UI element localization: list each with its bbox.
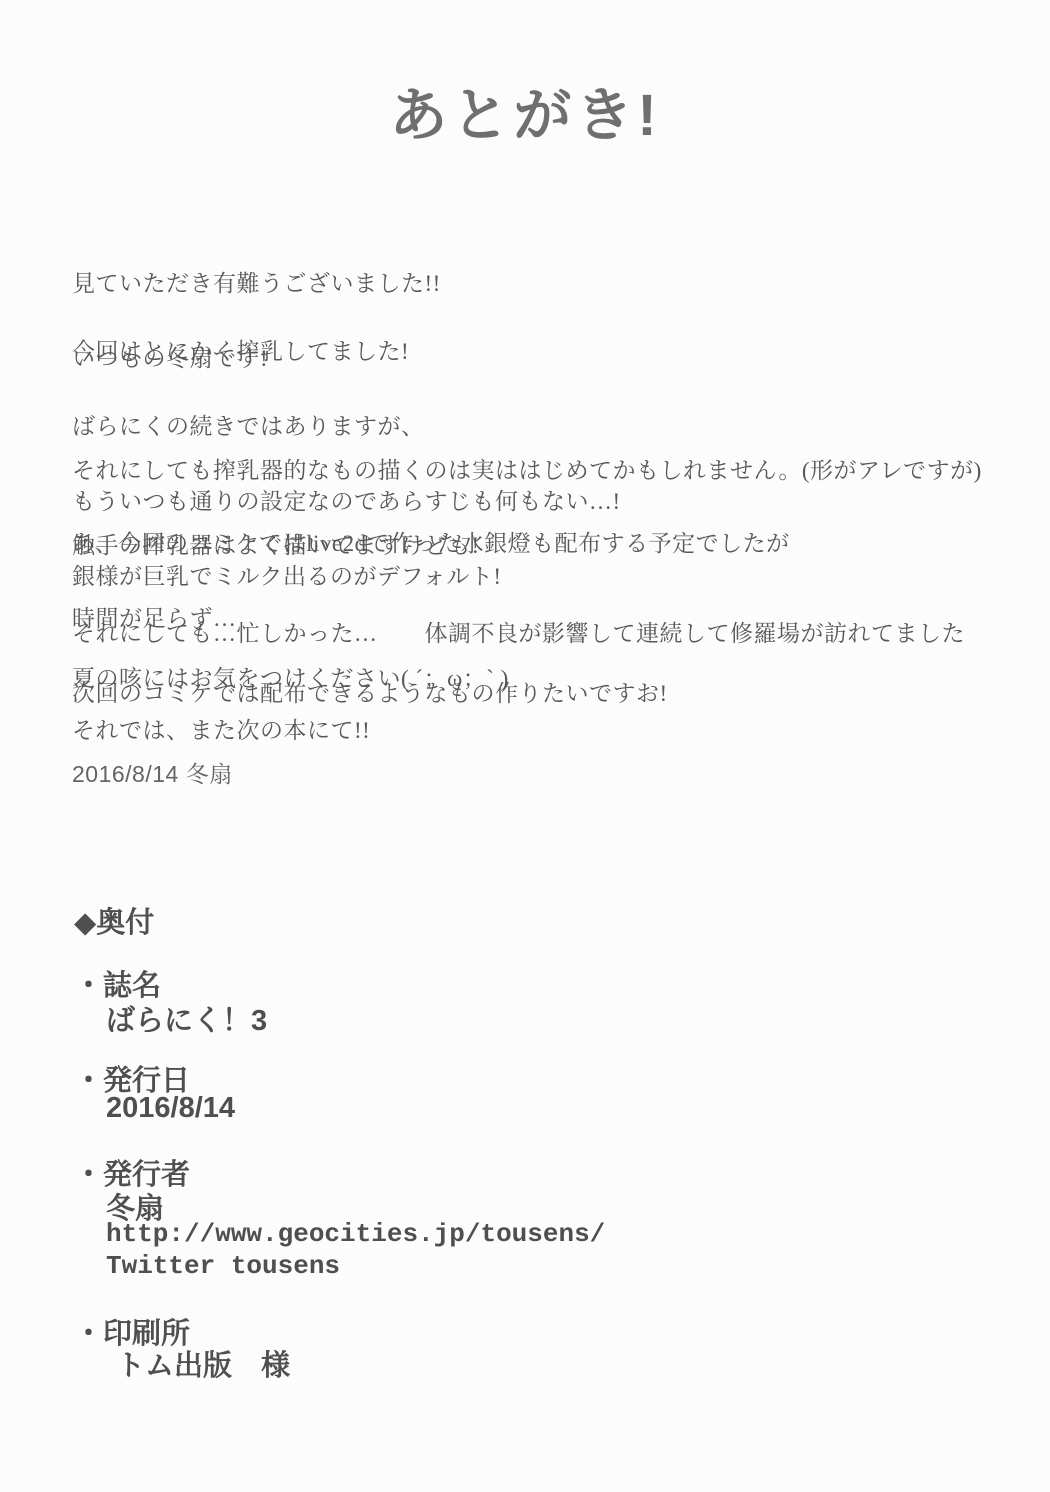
afterword-page: あとがき! 見ていただき有難うございました!! いつもの冬扇です! 今回はとにか… [0,0,1050,1492]
page-title: あとがき! [0,68,1050,152]
text-line: それにしても搾乳器的なもの描くのは実ははじめてかもしれません。(形がアレですが) [72,458,982,483]
colophon-value-printer-name: トム出版 様 [116,1343,290,1384]
signature-date: 2016/8/14 冬扇 [72,712,233,837]
colophon-header: ◆奥付 [74,900,154,941]
colophon-value-twitter: Twitter tousens [106,1251,340,1281]
text-line: あ、今回のコミケではlive2dで作った水銀燈も配布する予定でしたが [72,531,790,556]
colophon-value-website-url: http://www.geocities.jp/tousens/ [106,1219,605,1249]
colophon-value-publish-date: 2016/8/14 [106,1092,235,1125]
colophon-value-book-title: ばらにく！3 [106,998,267,1039]
text-line: 今回はとにかく搾乳してました! [72,339,621,364]
text-line: 2016/8/14 冬扇 [72,762,233,787]
